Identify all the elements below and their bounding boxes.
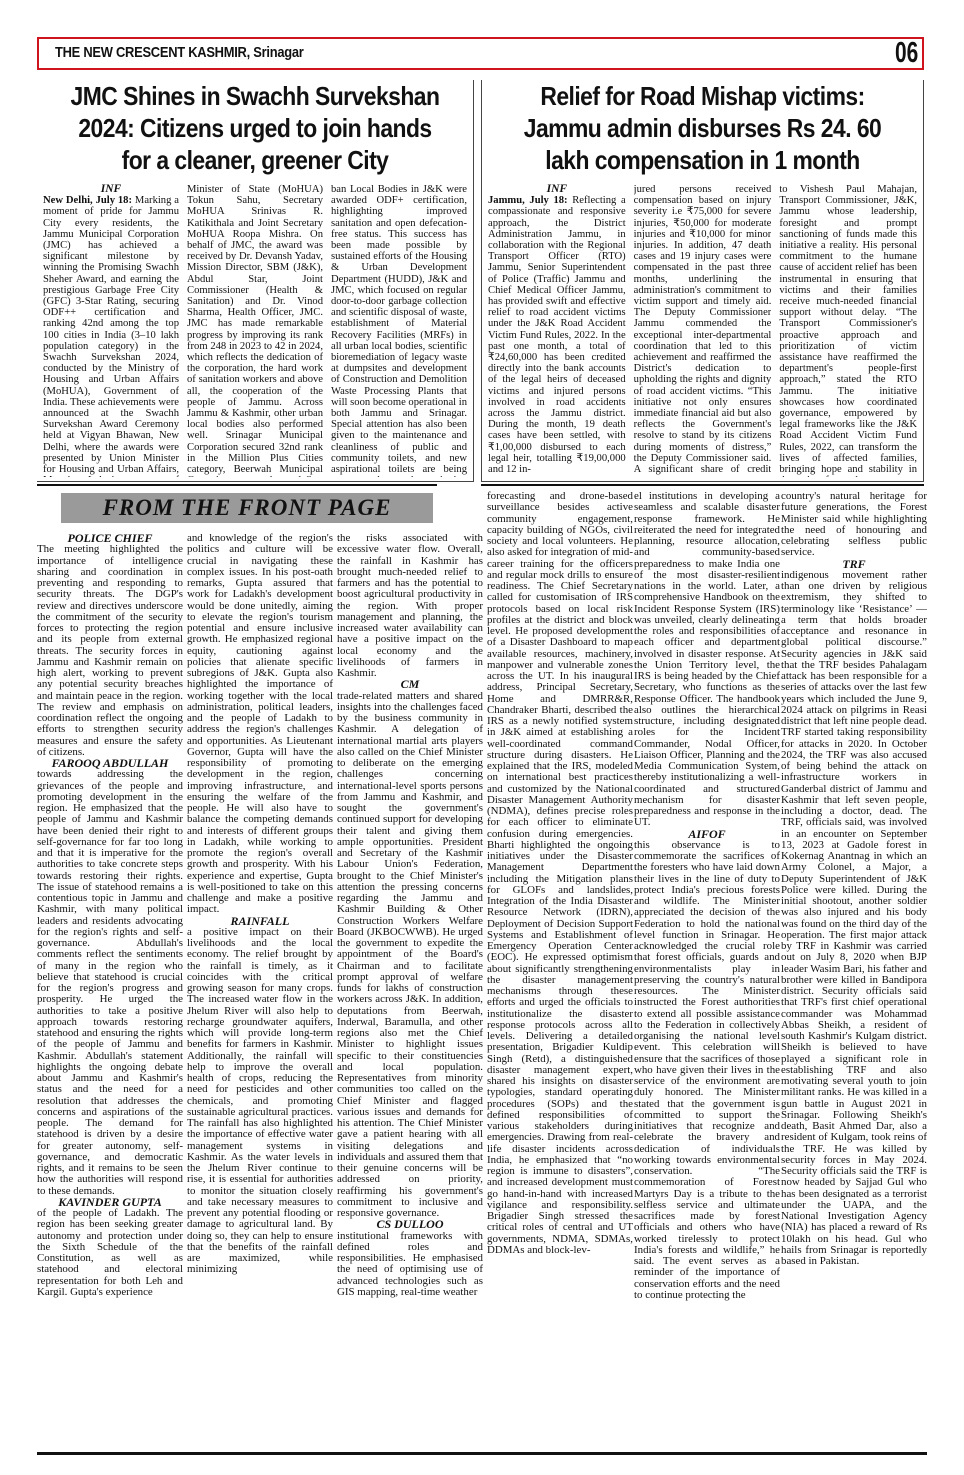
body-text: el institutions in developing a seamless… <box>634 491 780 829</box>
page-number: 06 <box>895 37 918 70</box>
story-column: INF New Delhi, July 18: Marking a moment… <box>43 184 179 477</box>
story-column: to Vishesh Paul Mahajan, Transport Commi… <box>779 184 917 477</box>
divider <box>481 484 924 486</box>
column-1: POLICE CHIEF The meeting highlighted the… <box>37 533 183 1450</box>
body-text: indigenous movement rather than one driv… <box>781 570 927 1268</box>
body-text: Marking a moment of pride for Jammu City… <box>43 195 179 477</box>
story-column: Minister of State (MoHUA) Tokun Sahu, Se… <box>187 184 323 477</box>
body-text: jured persons received compensation base… <box>634 184 772 477</box>
divider <box>37 484 437 486</box>
story-road-mishap-relief: Relief for Road Mishap victims: Jammu ad… <box>481 80 924 482</box>
body-text: and knowledge of the region's politics a… <box>187 533 333 916</box>
byline: INF <box>43 184 179 195</box>
body-text: country's natural heritage for future ge… <box>781 491 927 559</box>
body-text: ban Local Bodies in J&K were awarded ODF… <box>331 184 467 477</box>
body-text: towards addressing the grievances of the… <box>37 769 183 1197</box>
body-text: Reflecting a compassionate and responsiv… <box>488 195 626 475</box>
masthead: THE NEW CRESCENT KASHMIR, Srinagar 06 <box>37 37 924 70</box>
column-4: forecasting and drone-based surveillance… <box>487 491 633 1450</box>
newspaper-name: THE NEW CRESCENT KASHMIR, Srinagar <box>55 44 304 61</box>
body-text: this observance is to commemorate the sa… <box>634 840 780 1301</box>
section-banner: FROM THE FRONT PAGE <box>61 493 433 523</box>
byline: INF <box>488 184 626 195</box>
column-3: the risks associated with excessive wate… <box>337 533 483 1450</box>
body-text: Minister of State (MoHUA) Tokun Sahu, Se… <box>187 184 323 477</box>
body-text: trade-related matters and shared insight… <box>337 691 483 1220</box>
front-page-continuations: POLICE CHIEF The meeting highlighted the… <box>37 525 927 1450</box>
body-text: the risks associated with excessive wate… <box>337 533 483 679</box>
story-column: INF Jammu, July 18: Reflecting a compass… <box>488 184 626 477</box>
body-text: The meeting highlighted the importance o… <box>37 544 183 758</box>
headline: Relief for Road Mishap victims: Jammu ad… <box>512 80 893 176</box>
story-jmc-swachh: JMC Shines in Swachh Survekshan 2024: Ci… <box>37 80 474 482</box>
section-head: CM <box>337 679 483 690</box>
column-5: el institutions in developing a seamless… <box>634 491 780 1450</box>
body-text: institutional frameworks with defined ro… <box>337 1231 483 1299</box>
story-column: ban Local Bodies in J&K were awarded ODF… <box>331 184 467 477</box>
dateline: New Delhi, July 18: <box>43 195 132 206</box>
dateline: Jammu, July 18: <box>488 195 568 206</box>
story-column: jured persons received compensation base… <box>634 184 772 477</box>
column-6: country's natural heritage for future ge… <box>781 491 927 1450</box>
column-2: and knowledge of the region's politics a… <box>187 533 333 1450</box>
body-text: to Vishesh Paul Mahajan, Transport Commi… <box>779 184 917 477</box>
body-text: a positive impact on their livelihoods a… <box>187 927 333 1276</box>
divider <box>37 1452 927 1455</box>
body-text: of the people of Ladakh. The region has … <box>37 1208 183 1298</box>
body-text: forecasting and drone-based surveillance… <box>487 491 633 1256</box>
section-title: FROM THE FRONT PAGE <box>103 495 392 520</box>
headline: JMC Shines in Swachh Survekshan 2024: Ci… <box>67 80 444 176</box>
section-head: CS DULLOO <box>337 1219 483 1230</box>
